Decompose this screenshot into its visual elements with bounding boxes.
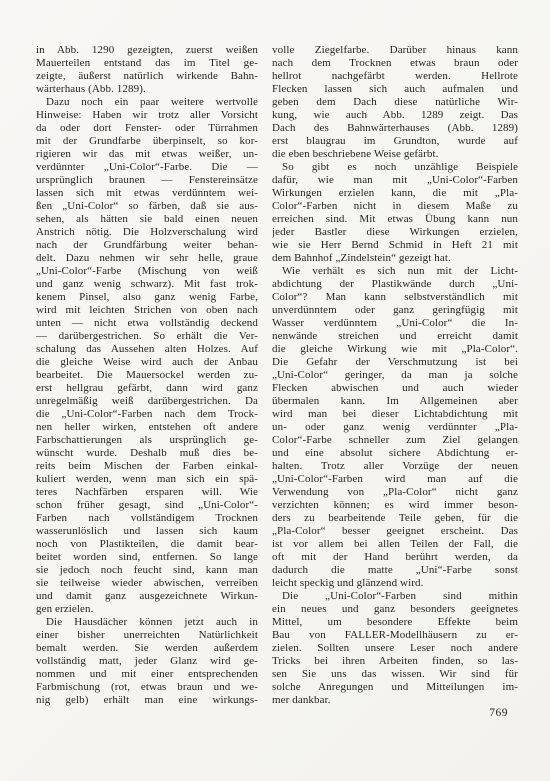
text-columns: in Abb. 1290 gezeigten, zuerst weißenMau…	[36, 44, 518, 707]
paragraph: Dazu noch ein paar weitere wertvolleHinw…	[36, 96, 258, 616]
text-line: Farbschattierungen als ursprünglich ge-	[36, 434, 258, 447]
text-line: Dazu noch ein paar weitere wertvolle	[36, 96, 258, 109]
text-line: Wie verhält es sich nun mit der Licht-	[272, 265, 518, 278]
text-line: hellrot nachgefärbt werden. Hellrote	[272, 70, 518, 83]
text-line: delt. Dazu nehmen wir sehr helle, graue	[36, 252, 258, 265]
text-line: kuliert werden, wenn man sich ein spä-	[36, 473, 258, 486]
text-line: ein neues und ganz besonders geeignetes	[272, 603, 518, 616]
paragraph: Wie verhält es sich nun mit der Licht-ab…	[272, 265, 518, 590]
text-line: jeder Bastler diese Wirkungen erzielen,	[272, 226, 518, 239]
text-line: „Uni-Color“-Farben wird man auf die	[272, 473, 518, 486]
paragraph: in Abb. 1290 gezeigten, zuerst weißenMau…	[36, 44, 258, 96]
text-line: wärterhaus (Abb. 1289).	[36, 83, 258, 96]
text-line: mit der Grundfarbe überpinselt, so kor-	[36, 135, 258, 148]
text-line: Hinweise: Haben wir trotz aller Vorsicht	[36, 109, 258, 122]
text-line: ders zu bearbeitende Teile geben, für di…	[272, 512, 518, 525]
left-column: in Abb. 1290 gezeigten, zuerst weißenMau…	[36, 44, 258, 707]
text-line: kung, wie auch Abb. 1289 zeigt. Das	[272, 109, 518, 122]
text-line: sehen, als hätten sie bald einen neuen	[36, 213, 258, 226]
document-page: in Abb. 1290 gezeigten, zuerst weißenMau…	[0, 0, 550, 781]
text-line: dafür, wie man mit „Uni-Color“-Farben	[272, 174, 518, 187]
text-line: oft mit der Hand berührt werden, da	[272, 551, 518, 564]
text-line: und eine absolut sichere Abdichtung er-	[272, 447, 518, 460]
text-line: wünscht wurde. Deshalb muß dies be-	[36, 447, 258, 460]
text-line: leicht speckig und glänzend wird.	[272, 577, 518, 590]
text-line: gen erzielen.	[36, 603, 258, 616]
text-line: Wasser verdünntem „Uni-Color“ die In-	[272, 317, 518, 330]
text-line: un- oder ganz wenig verdünnter „Pla-	[272, 421, 518, 434]
text-line: „Uni-Color“ geringer, da man ja solche	[272, 369, 518, 382]
text-line: wasserunlöslich und lassen sich kaum	[36, 525, 258, 538]
text-line: da oder dort Fenster- oder Türrahmen	[36, 122, 258, 135]
text-line: dadurch die matte „Uni“-Farbe sonst	[272, 564, 518, 577]
text-line: einer bisher unerreichten Natürlichkeit	[36, 629, 258, 642]
text-line: Anstrich nötig. Die Holzverschalung wird	[36, 226, 258, 239]
text-line: in Abb. 1290 gezeigten, zuerst weißen	[36, 44, 258, 57]
text-line: „Uni-Color“-Farbe (Mischung von weiß	[36, 265, 258, 278]
text-line: Die Hausdächer können jetzt auch in	[36, 616, 258, 629]
text-line: Flecken lassen sich auch aufmalen und	[272, 83, 518, 96]
text-line: Wirkungen erzielen kann, die mit „Pla-	[272, 187, 518, 200]
text-line: nen heller wirken, entstehen oft andere	[36, 421, 258, 434]
text-line: zeigte, äußerst natürlich wirkende Bahn-	[36, 70, 258, 83]
text-line: nach dem Trocknen etwas braun oder	[272, 57, 518, 70]
text-line: Color“-Farbe schneller zum Ziel gelangen	[272, 434, 518, 447]
text-line: nenwände streichen und erreicht damit	[272, 330, 518, 343]
text-line: die eben beschriebene Weise gefärbt.	[272, 148, 518, 161]
text-line: reits beim Mischen der Farben einkal-	[36, 460, 258, 473]
text-line: Mauerteilen entstand das im Titel ge-	[36, 57, 258, 70]
text-line: bemalt werden. Sie werden außerdem	[36, 642, 258, 655]
text-line: rigieren wir das mit etwas weißer, un-	[36, 148, 258, 161]
text-line: die gleiche Wirkung wie mit „Pla-Color“.	[272, 343, 518, 356]
text-line: schalung das Aussehen alten Holzes. Auf	[36, 343, 258, 356]
text-line: geben dem Dach diese natürliche Wir-	[272, 96, 518, 109]
text-line: und damit ganz ausgezeichnete Wirkun-	[36, 590, 258, 603]
text-line: teres Nachfärben ersparen will. Wie	[36, 486, 258, 499]
text-line: sie jedoch noch feucht sind, kann man	[36, 564, 258, 577]
text-line: kenem Pinsel, also ganz wenig Farbe,	[36, 291, 258, 304]
text-line: Dach des Bahnwärterhauses (Abb. 1289)	[272, 122, 518, 135]
paragraph: Die „Uni-Color“-Farben sind mithinein ne…	[272, 590, 518, 707]
text-line: Mittel, um besondere Effekte beim	[272, 616, 518, 629]
text-line: und ganz wenig schwarz). Mit fast trok-	[36, 278, 258, 291]
text-line: „Pla-Color“ besser geeignet erscheint. D…	[272, 525, 518, 538]
text-line: Die „Uni-Color“-Farben sind mithin	[272, 590, 518, 603]
text-line: lassen sich mit etwas verdünntem wei-	[36, 187, 258, 200]
text-line: verzichten können; es wird immer beson-	[272, 499, 518, 512]
text-line: mer dankbar.	[272, 694, 518, 707]
text-line: — darübergestrichen. So erhält die Ver-	[36, 330, 258, 343]
text-line: Tricks bei ihren Arbeiten finden, so las…	[272, 655, 518, 668]
text-line: sie teilweise wieder abwischen, verreibe…	[36, 577, 258, 590]
text-line: wie sie Herr Bernd Schmid in Heft 21 mit	[272, 239, 518, 252]
text-line: Color“-Farben nicht in diesem Maße zu	[272, 200, 518, 213]
text-line: die „Uni-Color“-Farben nach dem Trock-	[36, 408, 258, 421]
right-column: volle Ziegelfarbe. Darüber hinaus kannna…	[272, 44, 518, 707]
text-line: Color“? Man kann selbstverständlich mit	[272, 291, 518, 304]
text-line: beitet worden sind, entfernen. So lange	[36, 551, 258, 564]
text-line: Die Gefahr der Verschmutzung ist bei	[272, 356, 518, 369]
text-line: abdichtung der Plastikwände durch „Uni-	[272, 278, 518, 291]
text-line: volle Ziegelfarbe. Darüber hinaus kann	[272, 44, 518, 57]
text-line: ist vor allem bei allen Teilen der Fall,…	[272, 538, 518, 551]
text-line: nach der Grundfärbung weiter behan-	[36, 239, 258, 252]
text-line: die gleiche Weise wird auch der Anbau	[36, 356, 258, 369]
text-line: erst blaugrau im Grundton, wurde auf	[272, 135, 518, 148]
text-line: noch von Plastikteilen, die damit bear-	[36, 538, 258, 551]
text-line: vollständig matt, jeder Glanz wird ge-	[36, 655, 258, 668]
text-line: schon früher gesagt, sind „Uni-Color“-	[36, 499, 258, 512]
paragraph: Die Hausdächer können jetzt auch ineiner…	[36, 616, 258, 707]
text-line: nig gelb) erhält man eine wirkungs-	[36, 694, 258, 707]
text-line: Bau von FALLER-Modellhäusern zu er-	[272, 629, 518, 642]
text-line: sen Sie uns das wissen. Wir sind für	[272, 668, 518, 681]
paragraph: volle Ziegelfarbe. Darüber hinaus kannna…	[272, 44, 518, 161]
text-line: dem Bahnhof „Zindelstein“ gezeigt hat.	[272, 252, 518, 265]
text-line: verdünnter „Uni-Color“-Farbe. Die —	[36, 161, 258, 174]
text-line: nommen und mit einer entsprechenden	[36, 668, 258, 681]
text-line: wird man bei dieser Lichtabdichtung mit	[272, 408, 518, 421]
text-line: unten — nicht etwa vollständig deckend	[36, 317, 258, 330]
text-line: ursprünglich braunen — Fenstereinsätze	[36, 174, 258, 187]
text-line: übermalen kann. Im Allgemeinen aber	[272, 395, 518, 408]
text-line: bearbeitet. Die Mauersockel werden zu-	[36, 369, 258, 382]
text-line: halten. Trotz aller Vorzüge der neuen	[272, 460, 518, 473]
text-line: Farbmischung (rot, etwas braun und we-	[36, 681, 258, 694]
text-line: solche Anregungen und Mitteilungen im-	[272, 681, 518, 694]
text-line: ßen „Uni-Color“ so färben, daß sie aus-	[36, 200, 258, 213]
text-line: So gibt es noch unzählige Beispiele	[272, 161, 518, 174]
text-line: erreichen sind. Mit etwas Übung kann nun	[272, 213, 518, 226]
text-line: Farben nach vollständigem Trocknen	[36, 512, 258, 525]
text-line: wird mit leichten Strichen von oben nach	[36, 304, 258, 317]
page-number: 769	[489, 707, 508, 719]
paragraph: So gibt es noch unzählige Beispieledafür…	[272, 161, 518, 265]
text-line: erst hellgrau gefärbt, dann wird ganz	[36, 382, 258, 395]
text-line: Flecken abwischen und auch wieder	[272, 382, 518, 395]
text-line: zielen. Sollten unsere Leser noch andere	[272, 642, 518, 655]
text-line: unverdünntem oder ganz geringfügig mit	[272, 304, 518, 317]
text-line: Verwendung von „Pla-Color“ nicht ganz	[272, 486, 518, 499]
text-line: unregelmäßig weiß darübergestrichen. Da	[36, 395, 258, 408]
